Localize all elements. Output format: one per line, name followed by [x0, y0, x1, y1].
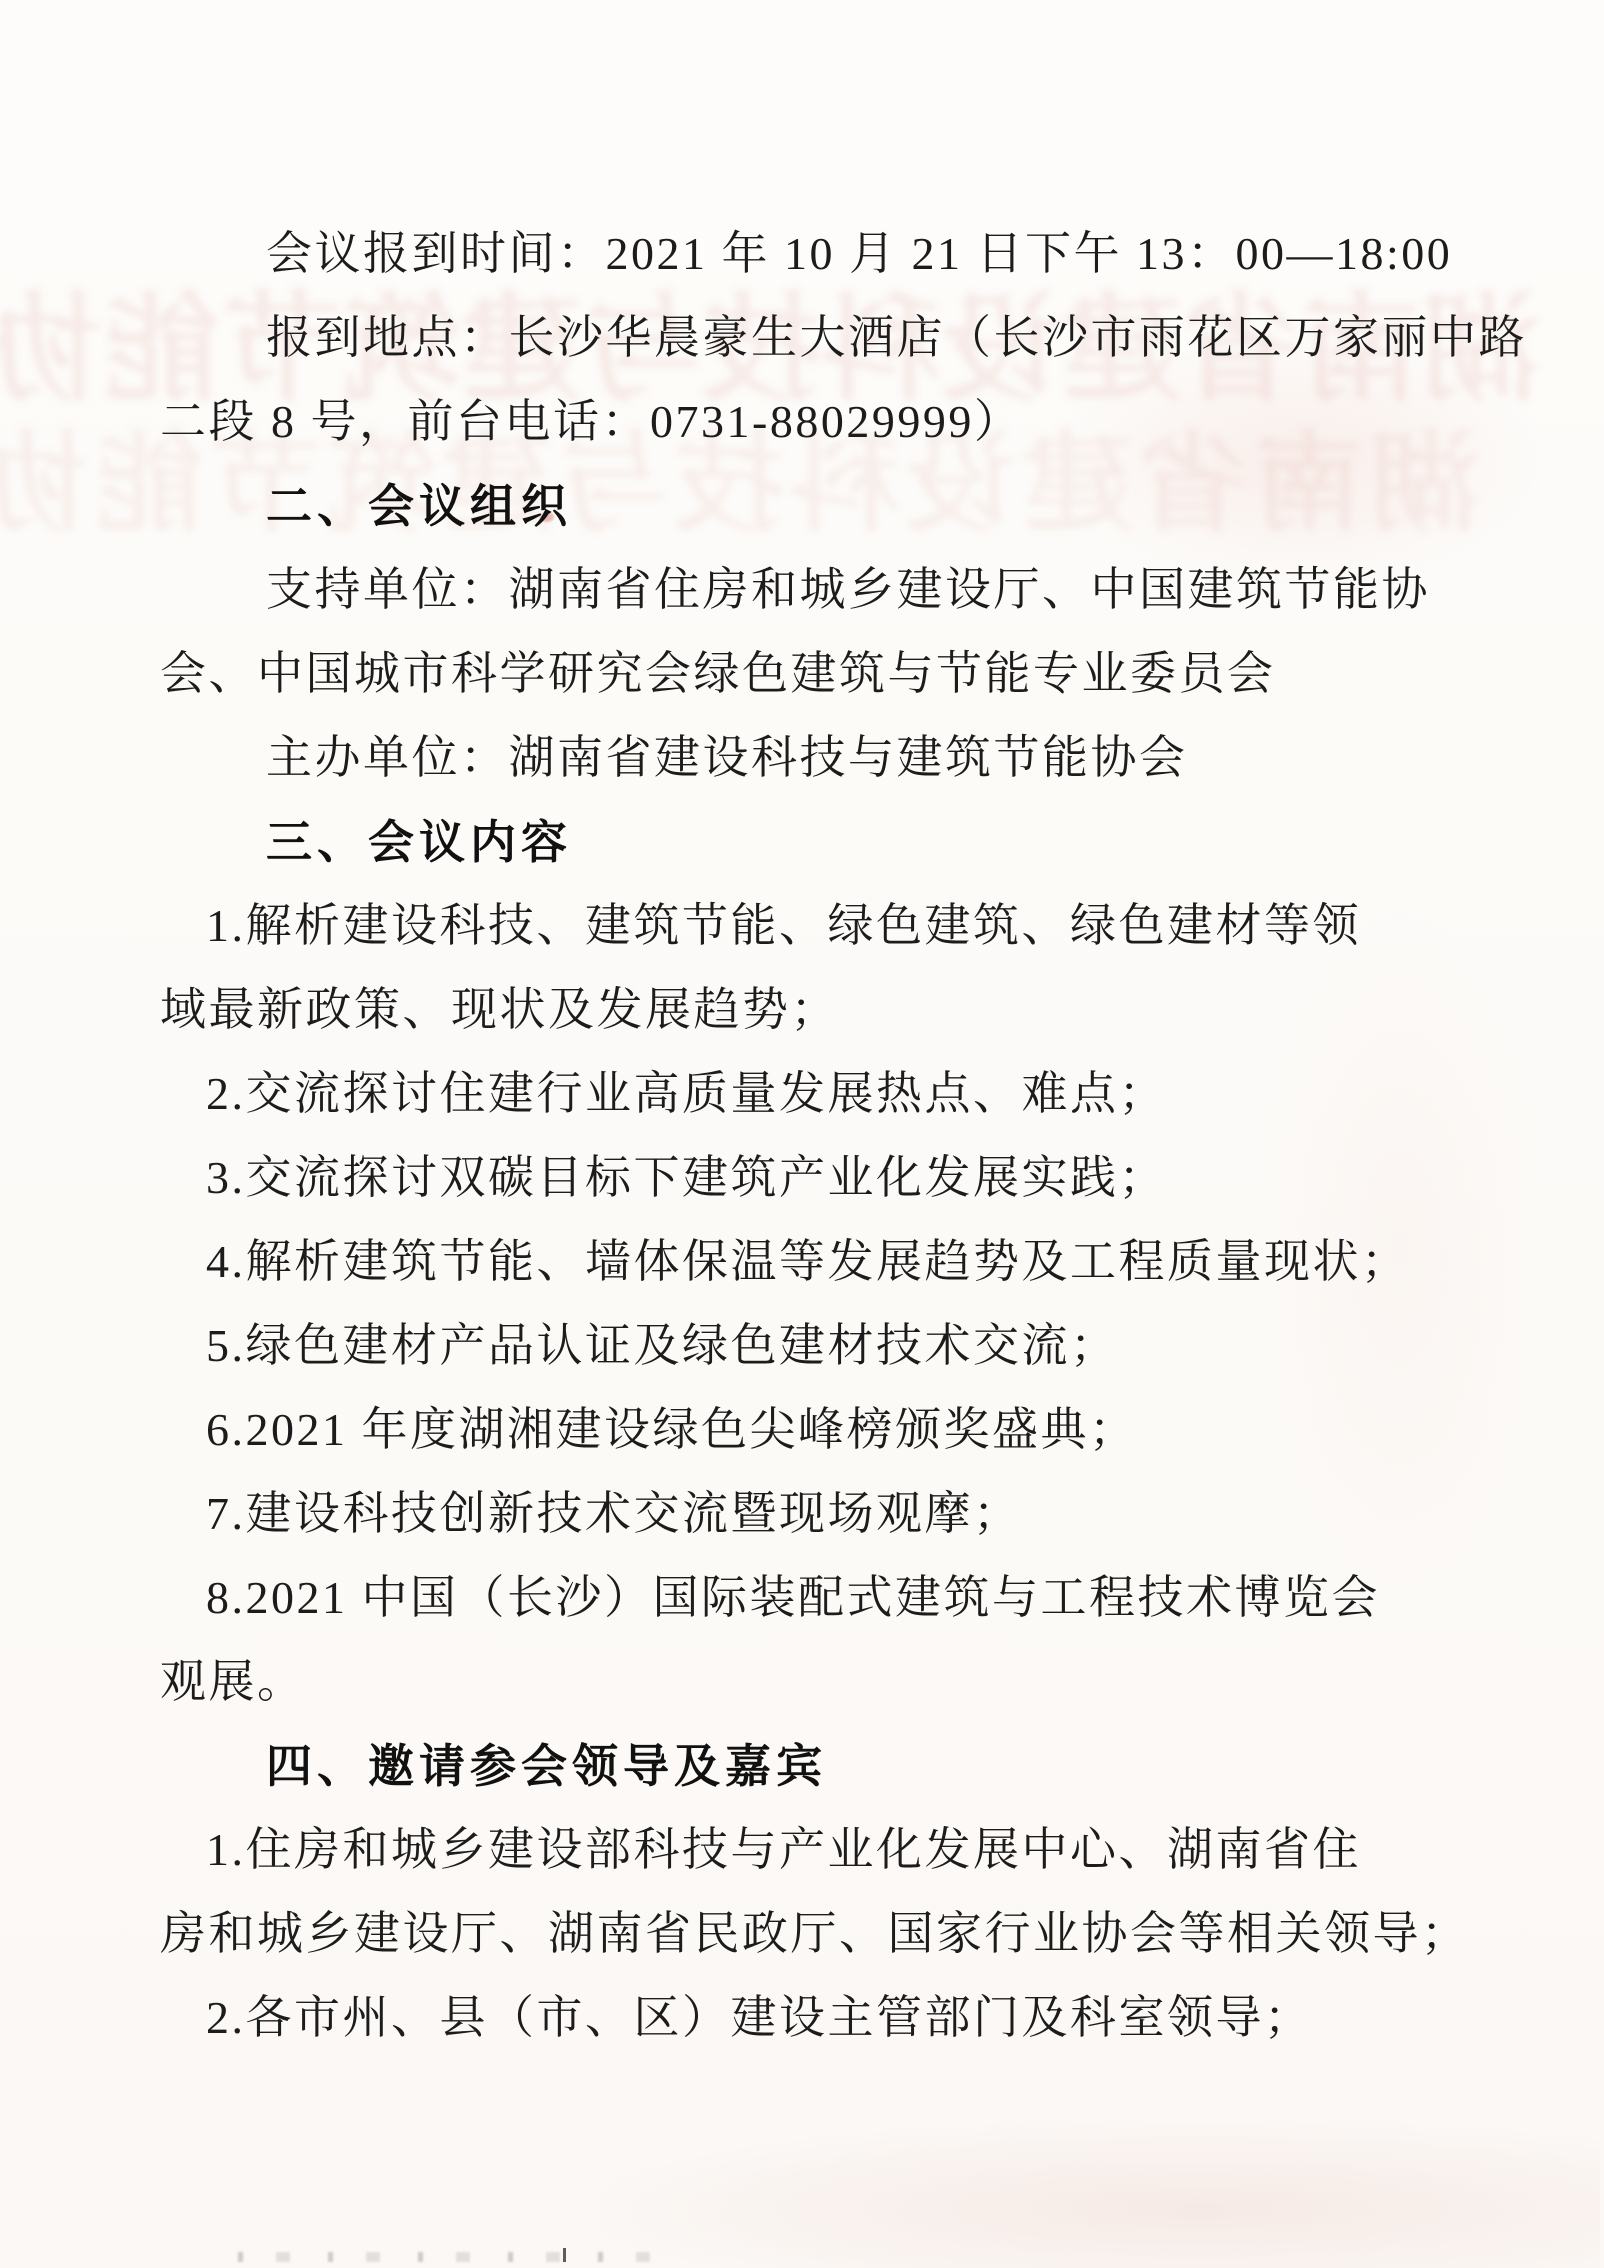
doc-line-item7: 7.建设科技创新技术交流暨现场观摩；: [160, 1472, 1410, 1556]
bottom-edge-smudge: [238, 2252, 658, 2262]
doc-line-item5: 5.绿色建材产品认证及绿色建材技术交流；: [160, 1304, 1410, 1388]
doc-line-address-phone: 二段 8 号，前台电话：0731-88029999）: [160, 380, 1410, 464]
doc-line-host-unit: 主办单位：湖南省建设科技与建筑节能协会: [160, 716, 1410, 800]
doc-line-supporting-units-2: 会、中国城市科学研究会绿色建筑与节能专业委员会: [160, 632, 1410, 716]
doc-line-guest1-cont: 房和城乡建设厅、湖南省民政厅、国家行业协会等相关领导；: [160, 1892, 1410, 1976]
doc-line-item3: 3.交流探讨双碳目标下建筑产业化发展实践；: [160, 1136, 1410, 1220]
section-heading-contents: 三、会议内容: [160, 800, 1410, 884]
document-body: 会议报到时间：2021 年 10 月 21 日下午 13：00—18:00 报到…: [160, 212, 1410, 2060]
doc-line-item2: 2.交流探讨住建行业高质量发展热点、难点；: [160, 1052, 1410, 1136]
scan-noise-patch: [600, 2120, 1600, 2268]
doc-line-item6: 6.2021 年度湖湘建设绿色尖峰榜颁奖盛典；: [160, 1388, 1410, 1472]
doc-line-registration-place: 报到地点：长沙华晨豪生大酒店（长沙市雨花区万家丽中路: [160, 296, 1410, 380]
doc-line-guest2: 2.各市州、县（市、区）建设主管部门及科室领导；: [160, 1976, 1410, 2060]
doc-line-item4: 4.解析建筑节能、墙体保温等发展趋势及工程质量现状；: [160, 1220, 1410, 1304]
document-page: 湖南省建设科技与建筑节能协会 湖南省建设科技与建筑节能协会 会议报到时间：202…: [0, 0, 1604, 2268]
doc-line-guest1: 1.住房和城乡建设部科技与产业化发展中心、湖南省住: [160, 1808, 1410, 1892]
doc-line-item8-cont: 观展。: [160, 1640, 1410, 1724]
doc-line-supporting-units: 支持单位：湖南省住房和城乡建设厅、中国建筑节能协: [160, 548, 1410, 632]
doc-line-item8: 8.2021 中国（长沙）国际装配式建筑与工程技术博览会: [160, 1556, 1410, 1640]
doc-line-item1: 1.解析建设科技、建筑节能、绿色建筑、绿色建材等领: [160, 884, 1410, 968]
bottom-edge-tick: [563, 2248, 566, 2262]
section-heading-organization: 二、会议组织: [160, 464, 1410, 548]
section-heading-guests: 四、邀请参会领导及嘉宾: [160, 1724, 1410, 1808]
doc-line-item1-cont: 域最新政策、现状及发展趋势；: [160, 968, 1410, 1052]
doc-line-registration-time: 会议报到时间：2021 年 10 月 21 日下午 13：00—18:00: [160, 212, 1410, 296]
